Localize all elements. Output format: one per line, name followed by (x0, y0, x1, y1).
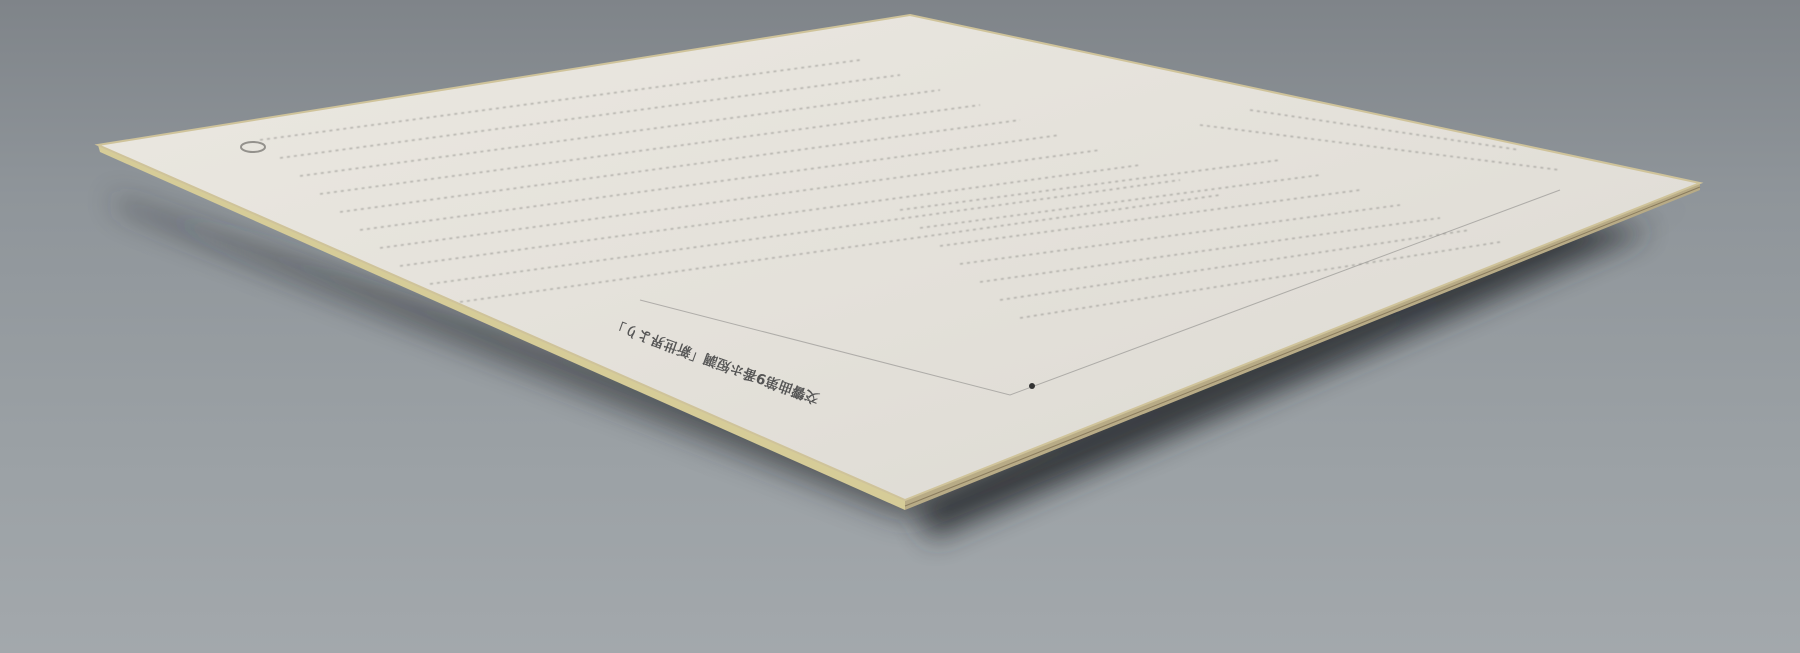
record-jacket-photo: 交響曲第9番ホ短調「新世界より」 (0, 0, 1800, 653)
bullet-dot (1029, 383, 1035, 389)
photo-scene: 交響曲第9番ホ短調「新世界より」 (0, 0, 1800, 653)
